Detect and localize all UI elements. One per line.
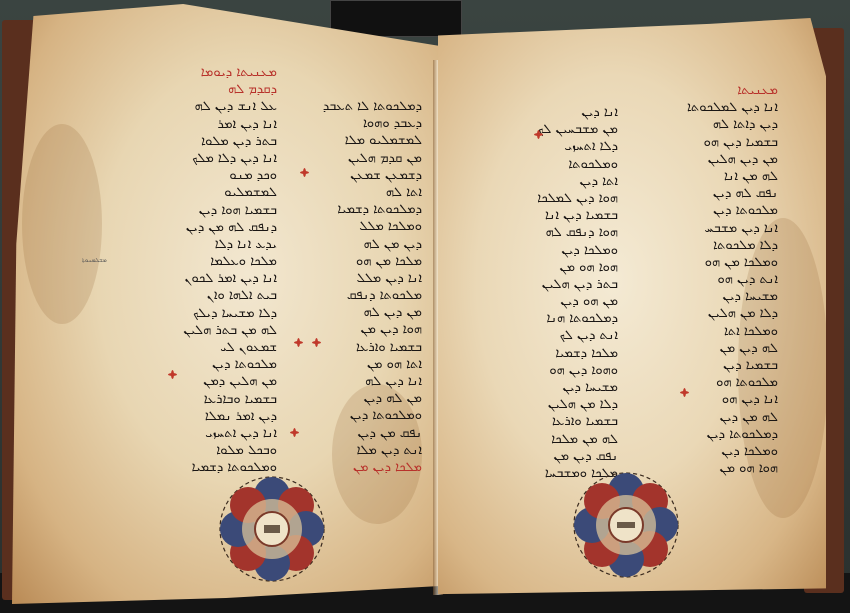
text-line: ܠܗ ܡܢ ܡܠܟܐ bbox=[468, 431, 618, 448]
text-line: ܘܡܠܟܘܬܐ bbox=[468, 156, 618, 173]
text-line: ܢܦܩ ܕܝܢ ܡܢ bbox=[468, 448, 618, 465]
text-line: ܡܠܟܘܬܐ ܗܘ bbox=[608, 374, 778, 391]
text-line: ܒܫܡܝܐ ܘܐܪܥܐ bbox=[282, 339, 422, 356]
text-line: ܕܢܦܩ ܠܗ ܡܢ ܕܝܢ bbox=[107, 219, 277, 236]
text-line: ܐܢܐ ܕܝܢ ܠܗ bbox=[282, 373, 422, 390]
text-line: ܐܢܐ ܕܝܢ ܐܡܪ ܠܟܘܢ bbox=[107, 270, 277, 287]
left-page: ܡܫܠܡܢܘܬܐ ܡܥܢܝܬܐ ܕܝܘܡܐ ܕܩܕܡ ܠܗ ܥܠ ܐܢܫ ܕܝܢ… bbox=[12, 4, 440, 604]
text-line: ܠܗ ܡܢ ܕܝܢ bbox=[608, 409, 778, 426]
rubric-flower-icon bbox=[168, 370, 177, 379]
text-line: ܡܠܟܘܬܐ ܕܢܦܩ bbox=[282, 287, 422, 304]
text-line: ܡܠܟܐ ܕܫܡܝܐ bbox=[468, 345, 618, 362]
rubric-heading: ܡܥܢܝܬܐ bbox=[608, 82, 778, 99]
rubric-flower-icon bbox=[312, 338, 321, 347]
text-line: ܐܬܐ ܕܝܢ bbox=[468, 173, 618, 190]
text-line: ܥܠ ܐܢܫ ܕܝܢ ܠܗ bbox=[107, 98, 277, 115]
text-line: ܐܢܐ ܕܝܢ ܐܡܪ bbox=[107, 116, 277, 133]
text-line: ܝܕܥ ܐܢܐ ܕܠܐ bbox=[107, 236, 277, 253]
text-line: ܡܫܝܚܐ ܕܝܢ bbox=[608, 288, 778, 305]
text-line: ܒܫܡܝܐ ܘܒܐܪܥܐ bbox=[107, 391, 277, 408]
text-line: ܐܢܐ ܕܝܢ ܕܠܐ ܡܠܟ bbox=[107, 150, 277, 167]
text-line: ܐܬܐ ܗܘ ܡܢ bbox=[282, 356, 422, 373]
text-line: ܐܢܐ ܕܝܢ ܠܡܠܟܘܬܐ bbox=[608, 99, 778, 116]
text-line: ܗܘܐ ܕܝܢ ܡܢ bbox=[282, 321, 422, 338]
text-line: ܘܡܠܟܘܬܐ ܕܝܢ bbox=[282, 407, 422, 424]
text-line: ܒܫܡܝܐ ܕܝܢ bbox=[608, 357, 778, 374]
text-line: ܕܡܠܟܘܬܐ ܕܝܢ bbox=[608, 426, 778, 443]
text-line: ܗܘܐ ܕܝܢ ܠܡܠܟܐ bbox=[468, 190, 618, 207]
text-line: ܐܢܐ ܕܝܢ bbox=[468, 104, 618, 121]
text-line: ܐܢܐ ܕܝܢ ܐܬܚܙܝ bbox=[107, 425, 277, 442]
rubric-flower-icon bbox=[290, 428, 299, 437]
text-line: ܘܟܕ ܡܢܘ bbox=[107, 167, 277, 184]
text-line: ܘܡܠܟܐ ܡܢ ܗܘ bbox=[608, 254, 778, 271]
text-line: ܐܢܐ ܕܝܢ ܡܫܒܚ bbox=[608, 220, 778, 237]
text-line: ܡܢ ܗܘ ܕܝܢ bbox=[468, 293, 618, 310]
rubric-flower-icon bbox=[534, 130, 543, 139]
text-line: ܡܠܟܐ ܘܥܠܡܐ bbox=[107, 253, 277, 270]
text-line: ܒܫܡܝܐ ܕܝܢ ܗܘ bbox=[608, 134, 778, 151]
text-line: ܡܢ ܩܕܡ ܗܠܝܢ bbox=[282, 150, 422, 167]
text-line: ܐܢܬ ܕܝܢ ܠܟ bbox=[468, 327, 618, 344]
text-line: ܡܢ ܗܠܝܢ ܕܡܢ bbox=[107, 373, 277, 390]
text-line: ܐܢܬ ܕܝܢ ܡܠܐ bbox=[282, 442, 422, 459]
rubric-flower-icon bbox=[300, 168, 309, 177]
text-line: ܕܡܠܟܘܬܐ ܕܫܡܝܐ bbox=[282, 201, 422, 218]
text-line: ܠܡܫܡܠܝܘ bbox=[107, 184, 277, 201]
text-line: ܠܗ ܡܢ ܒܬܪ ܗܠܝܢ bbox=[107, 322, 277, 339]
text-line: ܒܬܪ ܕܝܢ ܗܠܝܢ bbox=[468, 276, 618, 293]
text-line: ܠܗ ܕܝܢ ܡܢ bbox=[608, 340, 778, 357]
text-line: ܒܬܪ ܕܝܢ ܡܠܘܐ bbox=[107, 133, 277, 150]
text-line: ܡܢ ܡܫܒܚܝܢ ܠܟ bbox=[468, 121, 618, 138]
text-line: ܡܢ ܕܝܢ ܠܗ bbox=[282, 304, 422, 321]
text-line: ܡܠܟܘܬܐ ܕܝܢ bbox=[107, 356, 277, 373]
text-line: ܡܠܟܘܬܐ ܕܝܢ bbox=[608, 202, 778, 219]
marginal-note: ܡܫܠܡܢܘܬܐ bbox=[82, 257, 107, 265]
text-line: ܢܦܩ ܡܢ ܕܝܢ bbox=[282, 425, 422, 442]
right-page-right-column: ܡܥܢܝܬܐ ܐܢܐ ܕܝܢ ܠܡܠܟܘܬܐ ܕܝܢ ܕܐܬܐ ܠܗ ܒܫܡܝܐ… bbox=[608, 82, 778, 477]
rubric-flower-icon bbox=[294, 338, 303, 347]
text-line: ܕܝܢ ܡܢ ܠܗ bbox=[282, 236, 422, 253]
text-line: ܐܢܬ ܕܝܢ ܗܘ bbox=[608, 271, 778, 288]
text-line: ܠܗ ܡܢ ܐܢܐ bbox=[608, 168, 778, 185]
text-line: ܕܡܠܟܘܬܐ ܠܐ ܬܥܒܕ bbox=[282, 98, 422, 115]
text-line: ܕܠܐ ܡܫܝܚܐ ܕܝܠܟ bbox=[107, 305, 277, 322]
text-line: ܘܒܟܠ ܡܠܘܐ bbox=[107, 442, 277, 459]
text-line: ܗܘܐ ܗܘ ܡܢ bbox=[468, 259, 618, 276]
right-page-left-column: ܐܢܐ ܕܝܢ ܡܢ ܡܫܒܚܝܢ ܠܟ ܕܠܐ ܐܬܚܙܝ ܘܡܠܟܘܬܐ ܐ… bbox=[468, 104, 618, 482]
illuminated-rosette-icon bbox=[566, 468, 686, 583]
text-line: ܕܠܐ ܐܬܚܙܝ bbox=[468, 138, 618, 155]
text-line: ܕܝܢ ܐܡܪ ܢܡܠܐ bbox=[107, 408, 277, 425]
text-line: ܗܘܐ ܕܢܦܩ ܠܗ bbox=[468, 224, 618, 241]
text-line: ܐܢܐ ܕܝܢ ܡܠܠ bbox=[282, 270, 422, 287]
rubric-heading: ܡܥܢܝܬܐ ܕܝܘܡܐ bbox=[107, 64, 277, 81]
text-line: ܘܡܠܟܐ ܕܝܢ bbox=[608, 443, 778, 460]
text-line: ܐܢܐ ܕܝܢ ܗܘ bbox=[608, 391, 778, 408]
text-line: ܢܦܩ ܠܗ ܕܝܢ bbox=[608, 185, 778, 202]
text-line: ܘܡܠܟܐ ܡܠܠ bbox=[282, 218, 422, 235]
illuminated-rosette-icon bbox=[212, 472, 332, 587]
text-line: ܡܠܟܐ ܡܢ ܗܘ bbox=[282, 253, 422, 270]
right-page: ܐܢܐ ܕܝܢ ܡܢ ܡܫܒܚܝܢ ܠܟ ܕܠܐ ܐܬܚܙܝ ܘܡܠܟܘܬܐ ܐ… bbox=[438, 18, 826, 600]
text-line: ܠܡܫܡܠܝܘ ܡܠܐ bbox=[282, 132, 422, 149]
text-line: ܘܡܠܟܐ ܕܝܢ bbox=[468, 242, 618, 259]
parchment-stain bbox=[22, 124, 102, 324]
rubric-heading: ܕܩܕܡ ܠܗ bbox=[107, 81, 277, 98]
text-line: ܕܝܢ ܕܐܬܐ ܠܗ bbox=[608, 116, 778, 133]
text-line: ܕܠܐ ܡܢ ܗܠܝܢ bbox=[608, 305, 778, 322]
text-line: ܒܫܡܝܐ ܗܘܐ ܕܝܢ bbox=[107, 202, 277, 219]
text-line: ܒܫܡܝܐ ܕܝܢ ܐܢܐ bbox=[468, 207, 618, 224]
text-line: ܕܥܒܕ ܘܗܘܐ bbox=[282, 115, 422, 132]
text-line: ܡܢ ܠܗ ܕܝܢ bbox=[282, 390, 422, 407]
rubric-flower-icon bbox=[680, 388, 689, 397]
text-line: ܘܡܠܟܐ ܐܬܐ bbox=[608, 323, 778, 340]
text-line: ܕܠܐ ܡܢ ܗܠܝܢ bbox=[468, 396, 618, 413]
text-line: ܘܗܘܐ ܕܝܢ ܗܘ bbox=[468, 362, 618, 379]
left-page-left-column: ܡܥܢܝܬܐ ܕܝܘܡܐ ܕܩܕܡ ܠܗ ܥܠ ܐܢܫ ܕܝܢ ܠܗ ܐܢܐ ܕ… bbox=[107, 64, 277, 477]
text-line: ܒܝܬ ܐܠܗܐ ܘܐܢ bbox=[107, 287, 277, 304]
text-line: ܡܫܝܚܐ ܕܝܢ bbox=[468, 379, 618, 396]
text-line: ܡܢ ܕܝܢ ܗܠܝܢ bbox=[608, 151, 778, 168]
text-line: ܫܡܥܘܢ ܠܝ bbox=[107, 339, 277, 356]
text-line: ܕܡܠܟܘܬܐ ܗܢܐ bbox=[468, 310, 618, 327]
text-line: ܐܬܐ ܠܗ bbox=[282, 184, 422, 201]
text-line: ܒܫܡܝܐ ܘܐܪܥܐ bbox=[468, 413, 618, 430]
text-line: ܕܠܐ ܡܠܟܘܬܐ bbox=[608, 237, 778, 254]
left-page-right-column: ܕܡܠܟܘܬܐ ܠܐ ܬܥܒܕ ܕܥܒܕ ܘܗܘܐ ܠܡܫܡܠܝܘ ܡܠܐ ܡܢ… bbox=[282, 98, 422, 476]
